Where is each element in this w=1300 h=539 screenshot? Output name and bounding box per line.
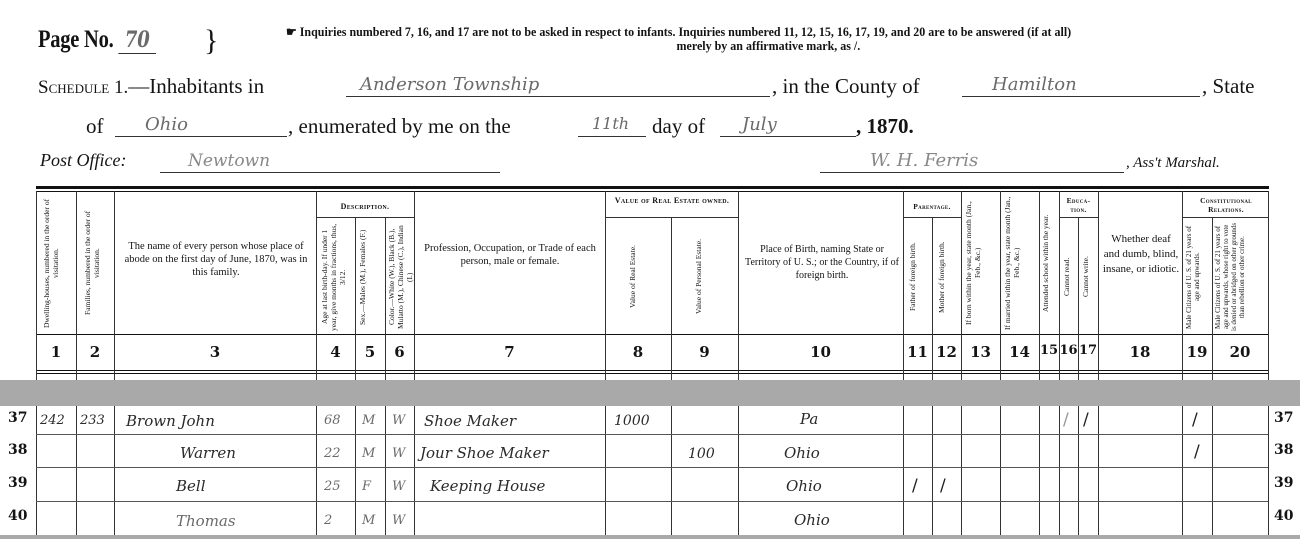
colnum-4: 4 — [316, 343, 355, 361]
mother-foreign-mark: / — [940, 476, 946, 496]
county-label: , in the County of — [772, 74, 920, 99]
day-field: 11th — [578, 116, 646, 137]
township-field: Anderson Township — [346, 76, 770, 97]
occupation: Jour Shoe Maker — [420, 444, 549, 462]
line-number-right: 38 — [1274, 442, 1293, 458]
col18-header: Whether deaf and dumb, blind, insane, or… — [1102, 232, 1180, 277]
colnum-3: 3 — [114, 343, 316, 361]
month-value: July — [742, 114, 777, 135]
person-name: Bell — [176, 477, 206, 495]
colnum-20: 20 — [1212, 343, 1268, 361]
person-name: Warren — [180, 444, 236, 462]
line-number-left: 37 — [8, 410, 27, 426]
cannot-write-mark: / — [1083, 410, 1089, 430]
month-field: July — [720, 116, 856, 137]
col4-header: Age at last birth-day. If under 1 year, … — [320, 222, 352, 332]
sex: M — [362, 513, 375, 528]
col5-header: Sex.—Males (M.), Females (F.) — [358, 222, 382, 332]
schedule-label: Schedule 1. — [38, 77, 128, 98]
page-label: Page No. — [38, 26, 113, 53]
table-top-rule — [36, 186, 1269, 189]
colnum-2: 2 — [76, 343, 114, 361]
colnum-10: 10 — [738, 343, 903, 361]
person-name: Brown John — [126, 412, 215, 430]
birthplace: Ohio — [786, 477, 822, 495]
colnum-1: 1 — [36, 343, 76, 361]
page-number-label: Page No. 70 — [38, 26, 156, 54]
colnum-bottom-rule-2 — [36, 373, 1269, 374]
line-number-right: 39 — [1274, 475, 1293, 491]
colnum-13: 13 — [961, 343, 1000, 361]
age: 22 — [324, 446, 341, 461]
colnum-12: 12 — [932, 343, 961, 361]
real-estate-value: 1000 — [614, 413, 650, 429]
county-field: Hamilton — [962, 76, 1200, 97]
header-bottom-rule — [36, 334, 1269, 335]
post-office-value: Newtown — [188, 151, 270, 171]
line-number-left: 39 — [8, 475, 27, 491]
sex: M — [362, 446, 375, 461]
birthplace: Pa — [800, 410, 818, 428]
line-number-right: 37 — [1274, 410, 1293, 426]
colnum-15: 15 — [1039, 343, 1059, 358]
state-value: Ohio — [145, 114, 188, 135]
marshal-signature-field: W. H. Ferris — [820, 154, 1124, 173]
person-name: Thomas — [176, 512, 236, 530]
col20-header: Male Citizens of U. S. of 21 years of ag… — [1214, 222, 1266, 332]
family-number: 233 — [80, 413, 105, 428]
color: W — [392, 413, 405, 428]
state-field: Ohio — [115, 116, 287, 137]
color: W — [392, 446, 405, 461]
year-label: , 1870. — [856, 114, 914, 139]
sex: M — [362, 413, 375, 428]
age: 2 — [324, 513, 332, 528]
instructions-notice: ☛ Inquiries numbered 7, 16, and 17 are n… — [286, 25, 1232, 53]
col3-header: The name of every person whose place of … — [124, 240, 308, 279]
col12-header: Mother of foreign birth. — [937, 222, 957, 332]
marshal-title: , Ass't Marshal. — [1126, 155, 1220, 172]
day-value: 11th — [592, 114, 629, 133]
colnum-bottom-rule — [36, 370, 1269, 371]
county-value: Hamilton — [992, 74, 1077, 95]
page-number: 70 — [118, 27, 156, 54]
father-foreign-mark: / — [912, 476, 918, 496]
col1-header: Dwelling-houses, numbered in the order o… — [42, 196, 72, 330]
colnum-19: 19 — [1182, 343, 1212, 361]
colnum-17: 17 — [1078, 343, 1098, 358]
inhabitants-in-label: —Inhabitants in — [128, 74, 264, 98]
post-office-label: Post Office: — [40, 150, 126, 171]
col11-header: Father of foreign birth. — [908, 222, 928, 332]
colnum-18: 18 — [1098, 343, 1182, 361]
group-header-description: Description. — [316, 202, 414, 211]
notice-line-2: merely by an affirmative mark, as /. — [286, 39, 1232, 53]
colnum-6: 6 — [385, 343, 414, 361]
colnum-14: 14 — [1000, 343, 1039, 361]
col15-header: Attended school within the year. — [1041, 196, 1057, 330]
occupation: Keeping House — [430, 477, 545, 495]
crop-bottom-band — [0, 535, 1300, 539]
color: W — [392, 513, 405, 528]
colnum-11: 11 — [903, 343, 932, 361]
colnum-16: 16 — [1059, 343, 1078, 358]
col16-header: Cannot read. — [1062, 222, 1076, 332]
birthplace: Ohio — [784, 444, 820, 462]
group-header-parentage: Parentage. — [903, 202, 961, 211]
group-header-constitutional: Constitutional Relations. — [1184, 196, 1268, 214]
crop-gap-band — [0, 380, 1300, 406]
occupation: Shoe Maker — [424, 412, 516, 430]
post-office-field: Newtown — [160, 154, 500, 173]
personal-estate-value: 100 — [688, 446, 715, 462]
col19-header: Male Citizens of U. S. of 21 years of ag… — [1185, 222, 1211, 332]
col2-header: Families, numbered in the order of visit… — [83, 196, 109, 330]
age: 68 — [324, 413, 341, 428]
notice-line-1: ☛ Inquiries numbered 7, 16, and 17 are n… — [286, 25, 1071, 39]
color: W — [392, 479, 405, 494]
township-value: Anderson Township — [360, 74, 539, 95]
col8-header: Value of Real Estate. — [628, 222, 648, 332]
col13-header: If born within the year, state month (Ja… — [964, 196, 996, 330]
colnum-5: 5 — [355, 343, 385, 361]
cannot-read-mark: / — [1063, 410, 1069, 430]
enumerated-label: , enumerated by me on the — [288, 114, 511, 139]
citizen-mark: / — [1194, 442, 1200, 462]
table-top-rule-2 — [36, 191, 1269, 192]
line-number-left: 38 — [8, 442, 27, 458]
sex: F — [362, 479, 371, 494]
birthplace: Ohio — [794, 511, 830, 529]
state-label: , State — [1202, 74, 1255, 99]
col14-header: If married within the year, state month … — [1003, 196, 1035, 330]
schedule-line: Schedule 1.—Inhabitants in — [38, 74, 264, 99]
brace-glyph: } — [204, 24, 218, 58]
citizen-mark: / — [1192, 410, 1198, 430]
col7-header: Profession, Occupation, or Trade of each… — [424, 242, 596, 268]
col10-header: Place of Birth, naming State or Territor… — [744, 243, 900, 282]
line-number-right: 40 — [1274, 508, 1293, 524]
group-header-education: Educa-tion. — [1059, 196, 1098, 214]
col6-header: Color.—White (W.), Black (B.), Mulatto (… — [387, 222, 413, 332]
colnum-9: 9 — [671, 343, 738, 361]
col17-header: Cannot write. — [1081, 222, 1095, 332]
of-label: of — [86, 114, 104, 139]
colnum-7: 7 — [414, 343, 605, 361]
age: 25 — [324, 479, 341, 494]
line-number-left: 40 — [8, 508, 27, 524]
colnum-8: 8 — [605, 343, 671, 361]
group-header-value-real-estate: Value of Real Estate owned. — [608, 196, 736, 205]
dwelling-number: 242 — [40, 413, 65, 428]
marshal-signature: W. H. Ferris — [870, 150, 978, 171]
col9-header: Value of Personal Estate. — [694, 222, 714, 332]
day-of-label: day of — [652, 114, 705, 139]
